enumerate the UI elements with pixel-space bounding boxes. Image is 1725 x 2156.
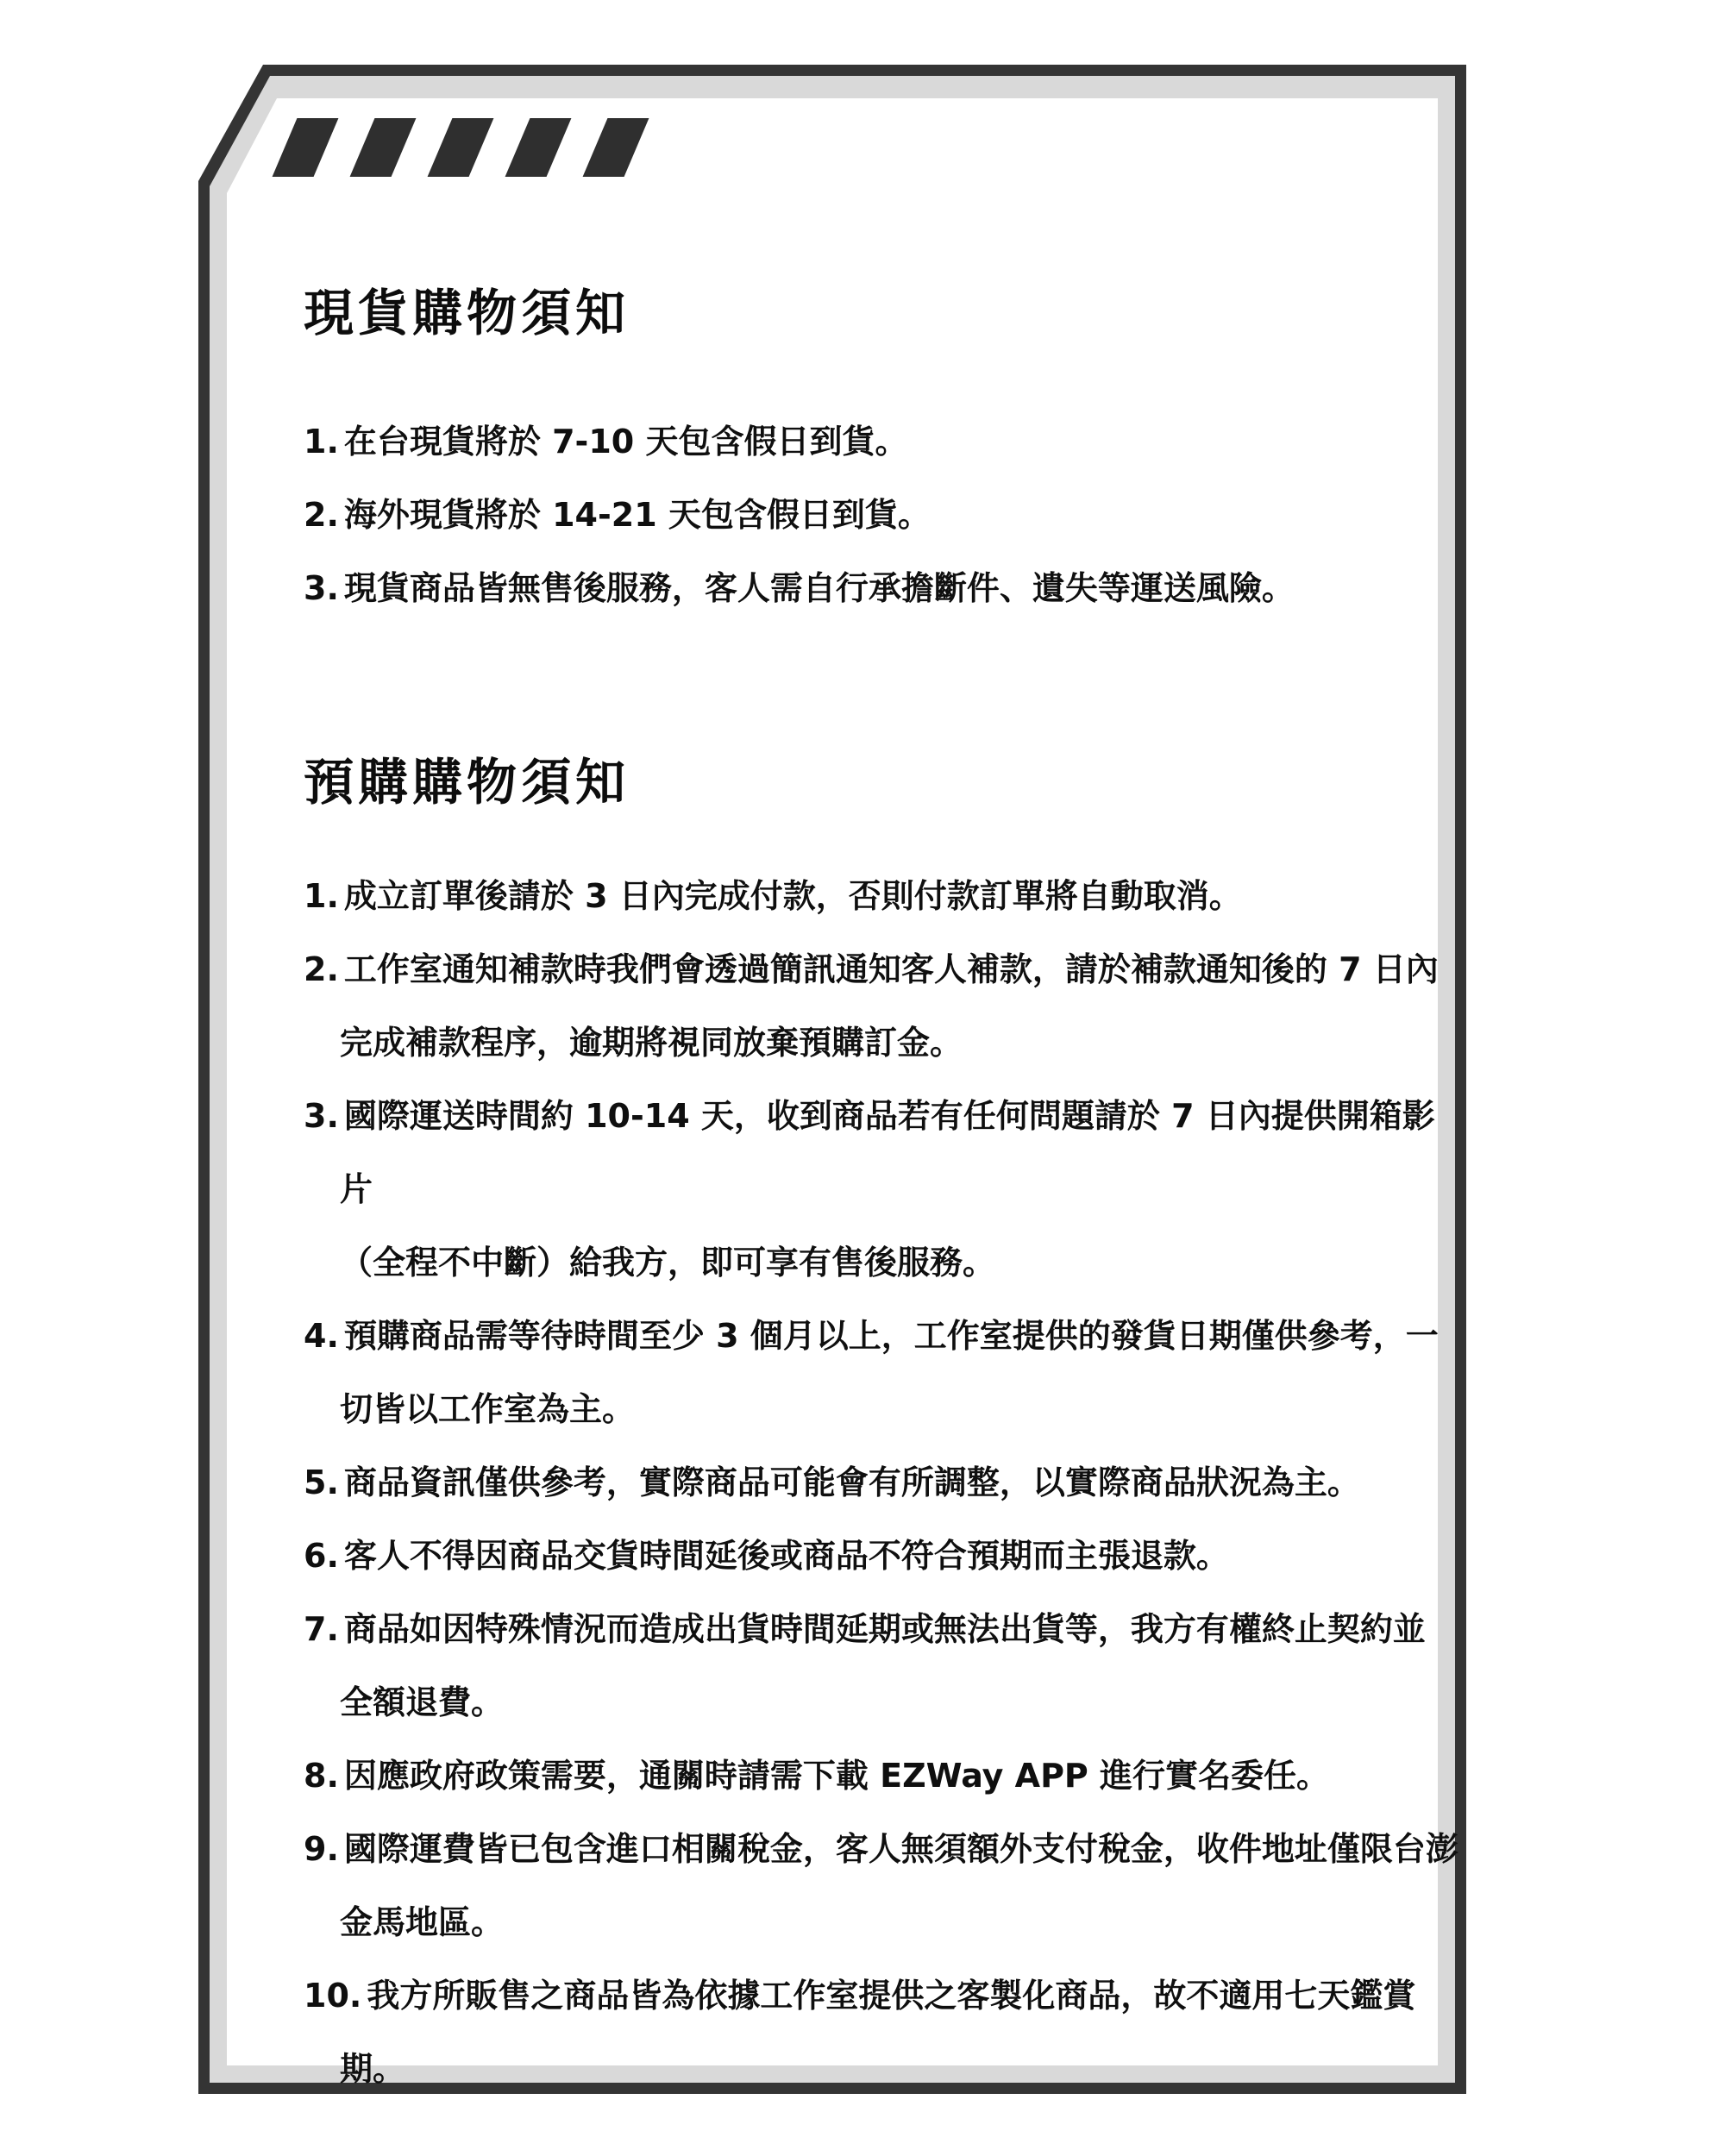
- item-text: 海外現貨將於 14-21 天包含假日到貨。: [344, 496, 931, 534]
- item-text: 預購商品需等待時間至少 3 個月以上，工作室提供的發貨日期僅供參考，一 切皆以工…: [340, 1317, 1439, 1428]
- item-number: 1.: [304, 877, 339, 915]
- item-number: 1.: [304, 423, 339, 461]
- item-text: 國際運費皆已包含進口相關稅金，客人無須額外支付稅金，收件地址僅限台澎 金馬地區。: [340, 1830, 1458, 1941]
- item-number: 3.: [304, 569, 339, 607]
- notice-item: 1.在台現貨將於 7-10 天包含假日到貨。: [304, 405, 1463, 479]
- notice-item: 3.現貨商品皆無售後服務，客人需自行承擔斷件、遺失等運送風險。: [304, 552, 1463, 625]
- item-text: 工作室通知補款時我們會透過簡訊通知客人補款，請於補款通知後的 7 日內 完成補款…: [340, 950, 1439, 1062]
- notice-item: 10.我方所販售之商品皆為依據工作室提供之客製化商品，故不適用七天鑑賞期。: [304, 1959, 1463, 2106]
- item-number: 9.: [304, 1830, 339, 1868]
- notice-item: 2.工作室通知補款時我們會透過簡訊通知客人補款，請於補款通知後的 7 日內 完成…: [304, 933, 1463, 1080]
- section-title-instock: 現貨購物須知: [304, 286, 630, 340]
- item-number: 10.: [304, 1977, 361, 2015]
- section-title-preorder: 預購購物須知: [304, 755, 630, 809]
- notice-item: 8.因應政府政策需要，通關時請需下載 EZWay APP 進行實名委任。: [304, 1739, 1463, 1813]
- notice-list-preorder: 1.成立訂單後請於 3 日內完成付款，否則付款訂單將自動取消。 2.工作室通知補…: [304, 860, 1463, 2106]
- item-text: 我方所販售之商品皆為依據工作室提供之客製化商品，故不適用七天鑑賞期。: [340, 1977, 1415, 2088]
- notice-item: 1.成立訂單後請於 3 日內完成付款，否則付款訂單將自動取消。: [304, 860, 1463, 933]
- notice-item: 9.國際運費皆已包含進口相關稅金，客人無須額外支付稅金，收件地址僅限台澎 金馬地…: [304, 1813, 1463, 1959]
- item-text: 在台現貨將於 7-10 天包含假日到貨。: [344, 423, 908, 461]
- diagonal-stripe-icon: [428, 118, 494, 177]
- notice-item: 4.預購商品需等待時間至少 3 個月以上，工作室提供的發貨日期僅供參考，一 切皆…: [304, 1300, 1463, 1446]
- diagonal-stripe-icon: [350, 118, 417, 177]
- notice-item: 7.商品如因特殊情況而造成出貨時間延期或無法出貨等，我方有權終止契約並 全額退費…: [304, 1593, 1463, 1739]
- item-text: 國際運送時間約 10-14 天，收到商品若有任何問題請於 7 日內提供開箱影片 …: [340, 1097, 1435, 1282]
- item-number: 8.: [304, 1757, 339, 1795]
- stripes-decoration: [285, 118, 637, 177]
- item-number: 7.: [304, 1610, 339, 1648]
- notice-item: 3.國際運送時間約 10-14 天，收到商品若有任何問題請於 7 日內提供開箱影…: [304, 1080, 1463, 1300]
- item-text: 因應政府政策需要，通關時請需下載 EZWay APP 進行實名委任。: [344, 1757, 1329, 1795]
- item-number: 6.: [304, 1537, 339, 1575]
- notice-item: 5.商品資訊僅供參考，實際商品可能會有所調整，以實際商品狀況為主。: [304, 1446, 1463, 1520]
- item-text: 現貨商品皆無售後服務，客人需自行承擔斷件、遺失等運送風險。: [344, 569, 1295, 607]
- item-text: 商品資訊僅供參考，實際商品可能會有所調整，以實際商品狀況為主。: [344, 1463, 1360, 1501]
- notice-list-instock: 1.在台現貨將於 7-10 天包含假日到貨。 2.海外現貨將於 14-21 天包…: [304, 405, 1463, 625]
- item-text: 客人不得因商品交貨時間延後或商品不符合預期而主張退款。: [344, 1537, 1229, 1575]
- item-text: 成立訂單後請於 3 日內完成付款，否則付款訂單將自動取消。: [344, 877, 1242, 915]
- notice-page: 現貨購物須知 1.在台現貨將於 7-10 天包含假日到貨。 2.海外現貨將於 1…: [0, 0, 1725, 2156]
- item-number: 3.: [304, 1097, 339, 1135]
- item-number: 4.: [304, 1317, 339, 1355]
- notice-item: 2.海外現貨將於 14-21 天包含假日到貨。: [304, 479, 1463, 552]
- item-text: 商品如因特殊情況而造成出貨時間延期或無法出貨等，我方有權終止契約並 全額退費。: [340, 1610, 1426, 1721]
- item-number: 2.: [304, 950, 339, 988]
- notice-item: 6.客人不得因商品交貨時間延後或商品不符合預期而主張退款。: [304, 1520, 1463, 1593]
- item-number: 2.: [304, 496, 339, 534]
- item-number: 5.: [304, 1463, 339, 1501]
- diagonal-stripe-icon: [505, 118, 572, 177]
